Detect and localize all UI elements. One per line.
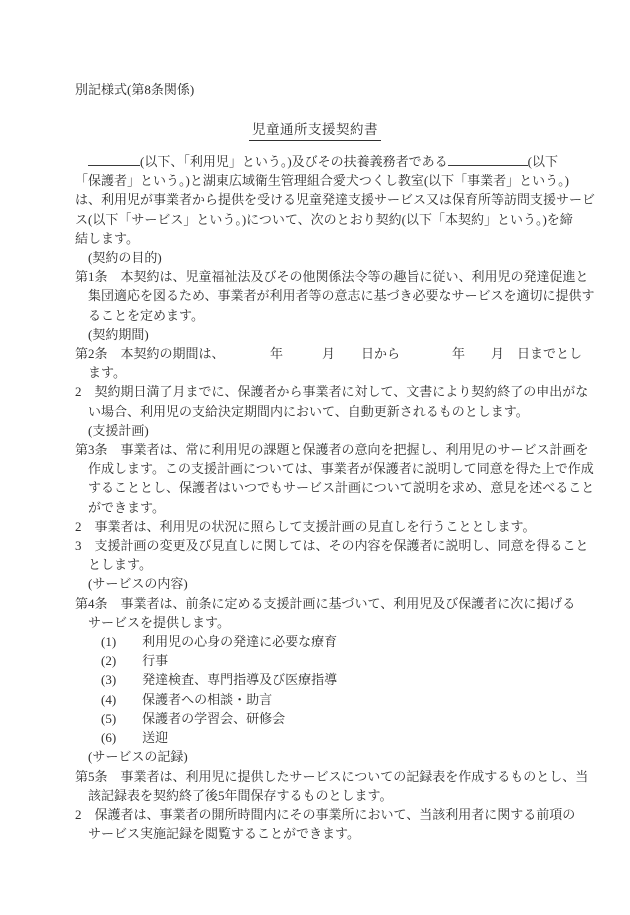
doc-line: い場合、利用児の支給決定期間内において、自動更新されるものとします。 bbox=[75, 402, 605, 421]
doc-line: 集団適応を図るため、事業者が利用者等の意志に基づき必要なサービスを適切に提供す bbox=[75, 286, 605, 305]
section-heading-service-record: (サービスの記録) bbox=[75, 747, 605, 766]
doc-line: ができます。 bbox=[75, 498, 605, 517]
article-5-line: 第5条 事業者は、利用児に提供したサービスについての記録表を作成するものとし、当 bbox=[75, 767, 605, 786]
article-2-clause-2: 2 契約期日満了月までに、保護者から事業者に対して、文書により契約終了の申出がな bbox=[75, 382, 605, 401]
section-heading-term: (契約期間) bbox=[75, 325, 605, 344]
doc-line: 「保護者」という。)と湖東広域衛生管理組合愛犬つくし教室(以下「事業者」という。… bbox=[75, 171, 605, 190]
doc-line: ス(以下「サービス」という。)について、次のとおり契約(以下「本契約」という。)… bbox=[75, 210, 605, 229]
doc-line: ることを定めます。 bbox=[75, 306, 605, 325]
article-3-clause-3: 3 支援計画の変更及び見直しに関しては、その内容を保護者に説明し、同意を得ること bbox=[75, 536, 605, 555]
service-item-1: (1) 利用児の心身の発達に必要な療育 bbox=[75, 632, 605, 651]
intro-text-after-child-blank: (以下、「利用児」という。)及びその扶養義務者である bbox=[140, 154, 448, 169]
intro-text-after-guardian-blank: (以下 bbox=[528, 154, 558, 169]
document-body: (以下、「利用児」という。)及びその扶養義務者である(以下 「保護者」という。)… bbox=[75, 152, 605, 843]
service-item-3: (3) 発達検査、専門指導及び医療指導 bbox=[75, 670, 605, 689]
doc-line: 作成します。この支援計画については、事業者が保護者に説明して同意を得た上で作成 bbox=[75, 459, 605, 478]
contract-document-page: 別記様式(第8条関係) 児童通所支援契約書 (以下、「利用児」という。)及びその… bbox=[0, 0, 630, 915]
fill-in-blank-guardian-name bbox=[448, 153, 528, 166]
article-3-line: 第3条 事業者は、常に利用児の課題と保護者の意向を把握し、利用児のサービス計画を bbox=[75, 440, 605, 459]
section-heading-purpose: (契約の目的) bbox=[75, 248, 605, 267]
fill-in-blank-child-name bbox=[88, 153, 140, 166]
doc-line: 結します。 bbox=[75, 229, 605, 248]
doc-line: は、利用児が事業者から提供を受ける児童発達支援サービス又は保育所等訪問支援サービ bbox=[75, 190, 605, 209]
section-heading-service-content: (サービスの内容) bbox=[75, 574, 605, 593]
article-2-line: 第2条 本契約の期間は、 年 月 日から 年 月 日までとし bbox=[75, 344, 605, 363]
form-note: 別記様式(第8条関係) bbox=[75, 82, 194, 97]
service-item-5: (5) 保護者の学習会、研修会 bbox=[75, 709, 605, 728]
article-4-line: 第4条 事業者は、前条に定める支援計画に基づいて、利用児及び保護者に次に掲げる bbox=[75, 594, 605, 613]
service-item-2: (2) 行事 bbox=[75, 651, 605, 670]
doc-line: 該記録表を契約終了後5年間保存するものとします。 bbox=[75, 786, 605, 805]
article-3-clause-2: 2 事業者は、利用児の状況に照らして支援計画の見直しを行うこととします。 bbox=[75, 517, 605, 536]
document-title-row: 児童通所支援契約書 bbox=[0, 122, 630, 141]
doc-line: することとし、保護者はいつでもサービス計画について説明を求め、意見を述べること bbox=[75, 478, 605, 497]
service-item-6: (6) 送迎 bbox=[75, 728, 605, 747]
service-item-4: (4) 保護者への相談・助言 bbox=[75, 690, 605, 709]
article-1-line: 第1条 本契約は、児童福祉法及びその他関係法令等の趣旨に従い、利用児の発達促進と bbox=[75, 267, 605, 286]
doc-line: ます。 bbox=[75, 363, 605, 382]
doc-line: とします。 bbox=[75, 555, 605, 574]
doc-line: サービスを提供します。 bbox=[75, 613, 605, 632]
article-5-clause-2: 2 保護者は、事業者の開所時間内にその事業所において、当該利用者に関する前項の bbox=[75, 805, 605, 824]
section-heading-support-plan: (支援計画) bbox=[75, 421, 605, 440]
intro-line: (以下、「利用児」という。)及びその扶養義務者である(以下 bbox=[75, 152, 605, 171]
doc-line: サービス実施記録を閲覧することができます。 bbox=[75, 824, 605, 843]
document-title: 児童通所支援契約書 bbox=[249, 122, 381, 141]
